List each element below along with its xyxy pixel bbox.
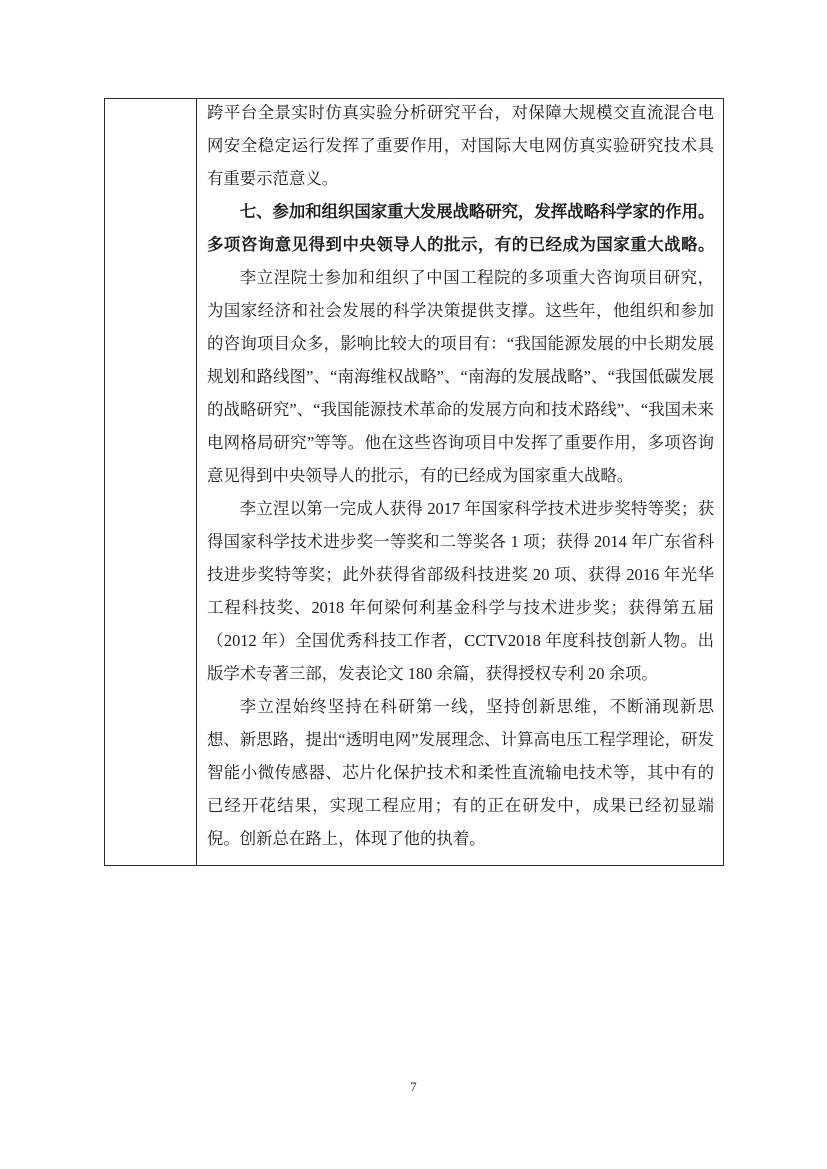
table-content-cell: 跨平台全景实时仿真实验分析研究平台，对保障大规模交直流混合电网安全稳定运行发挥了… bbox=[197, 99, 723, 865]
paragraph-advisory-projects: 李立涅院士参加和组织了中国工程院的多项重大咨询项目研究，为国家经济和社会发展的科… bbox=[207, 261, 714, 492]
content-table: 跨平台全景实时仿真实验分析研究平台，对保障大规模交直流混合电网安全稳定运行发挥了… bbox=[104, 98, 724, 866]
section-heading: 七、参加和组织国家重大发展战略研究，发挥战略科学家的作用。多项咨询意见得到中央领… bbox=[207, 195, 714, 261]
document-page: 跨平台全景实时仿真实验分析研究平台，对保障大规模交直流混合电网安全稳定运行发挥了… bbox=[0, 0, 827, 1169]
paragraph-innovation: 李立涅始终坚持在科研第一线，坚持创新思维，不断涌现新思想、新思路，提出“透明电网… bbox=[207, 690, 714, 855]
paragraph-awards: 李立涅以第一完成人获得 2017 年国家科学技术进步奖特等奖；获得国家科学技术进… bbox=[207, 492, 714, 690]
page-number: 7 bbox=[0, 1079, 827, 1095]
paragraph-continuation: 跨平台全景实时仿真实验分析研究平台，对保障大规模交直流混合电网安全稳定运行发挥了… bbox=[207, 99, 714, 195]
table-left-cell bbox=[105, 99, 197, 865]
